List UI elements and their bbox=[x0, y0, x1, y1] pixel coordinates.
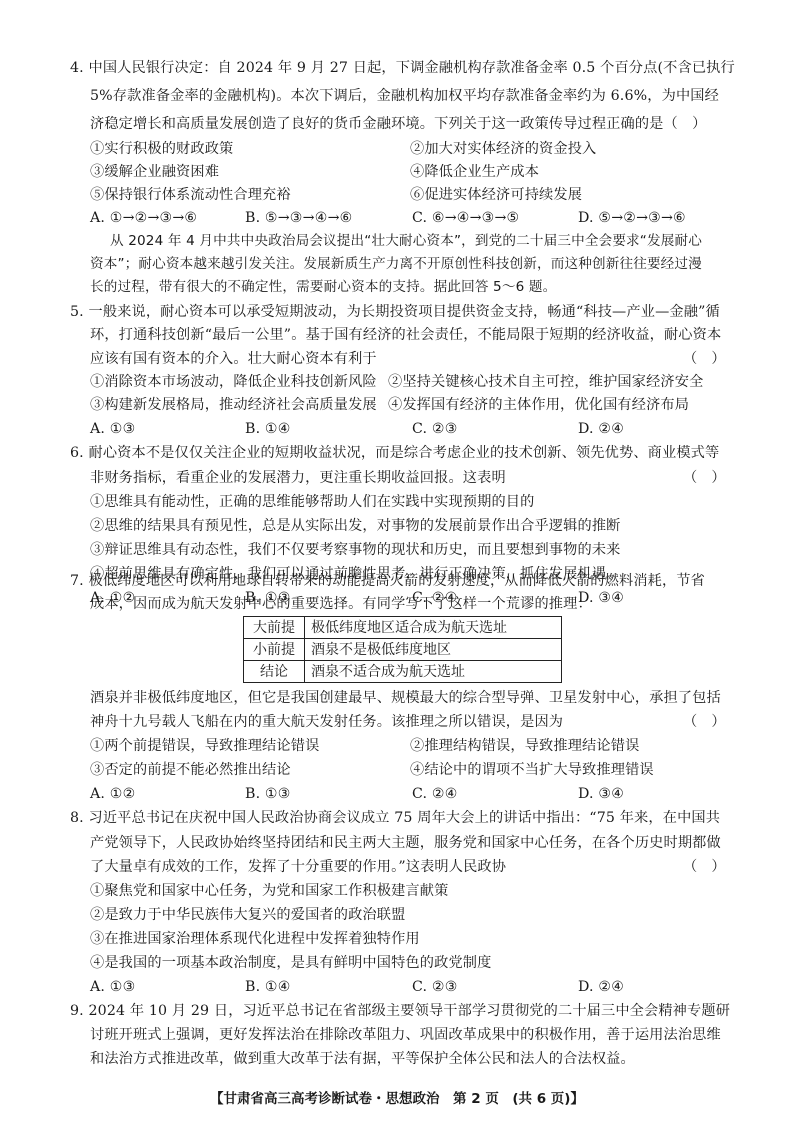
q5-item-1: ①消除资本市场波动，降低企业科技创新风险 bbox=[90, 372, 377, 392]
q5-item-3: ③构建新发展格局，推动经济社会高质量发展 bbox=[90, 395, 377, 415]
q8-item-2: ②是致力于中华民族伟大复兴的爱国者的政治联盟 bbox=[90, 905, 405, 925]
q7-item-3: ③否定的前提不能必然推出结论 bbox=[90, 760, 291, 780]
q7-option-a: A. ①② bbox=[90, 784, 135, 804]
table-row: 结论 酒泉不适合成为航天选址 bbox=[244, 661, 562, 683]
minor-premise-label: 小前提 bbox=[244, 639, 305, 661]
q9-stem-line-3: 和法治方式推进改革，做到重大改革于法有据，平等保护全体公民和法人的合法权益。 bbox=[90, 1049, 635, 1069]
q9-stem-line-1: 9. 2024 年 10 月 29 日，习近平总书记在省部级主要领导干部学习贯彻… bbox=[70, 1001, 730, 1021]
q8-answer-blank: （ ） bbox=[683, 857, 726, 877]
q5-option-a: A. ①③ bbox=[90, 419, 135, 439]
q5-answer-blank: （ ） bbox=[683, 349, 726, 369]
q4-item-1: ①实行积极的财政政策 bbox=[90, 139, 233, 159]
q8-option-b: B. ①④ bbox=[245, 977, 291, 997]
q8-stem-line-2: 产党领导下，人民政协始终坚持团结和民主两大主题，服务党和国家中心任务，在各个历史… bbox=[90, 833, 721, 853]
q7-stem-line-1: 7. 极低纬度地区可以利用地球自转带来的动能提高火箭的发射速度，从而降低火箭的燃… bbox=[70, 571, 705, 591]
q4-item-4: ④降低企业生产成本 bbox=[410, 162, 539, 182]
q7-item-4: ④结论中的谓项不当扩大导致推理错误 bbox=[410, 760, 654, 780]
q7-after-line-1: 酒泉并非极低纬度地区，但它是我国创建最早、规模最大的综合型导弹、卫星发射中心，承… bbox=[90, 688, 721, 708]
q4-stem-line-1: 4. 中国人民银行决定：自 2024 年 9 月 27 日起，下调金融机构存款准… bbox=[70, 58, 735, 78]
q7-answer-blank: （ ） bbox=[683, 712, 726, 732]
major-premise-label: 大前提 bbox=[244, 617, 305, 639]
q9-stem-line-2: 讨班开班式上强调，更好发挥法治在排除改革阻力、巩固改革成果中的积极作用，善于运用… bbox=[90, 1025, 721, 1045]
q7-stem-line-2: 成本，因而成为航天发射中心的重要选择。有同学写下了这样一个荒谬的推理： bbox=[90, 594, 592, 614]
q4-option-b: B. ⑤→③→④→⑥ bbox=[245, 208, 352, 228]
conclusion-value: 酒泉不适合成为航天选址 bbox=[305, 661, 562, 683]
q4-item-3: ③缓解企业融资困难 bbox=[90, 162, 219, 182]
q8-item-3: ③在推进国家治理体系现代化进程中发挥着独特作用 bbox=[90, 929, 420, 949]
q6-item-1: ①思维具有能动性，正确的思维能够帮助人们在实践中实现预期的目的 bbox=[90, 492, 534, 512]
q5-stem-line-3: 应该有国有资本的介入。壮大耐心资本有利于 bbox=[90, 349, 377, 369]
q7-item-1: ①两个前提错误，导致推理结论错误 bbox=[90, 736, 319, 756]
q5-option-c: C. ②③ bbox=[412, 419, 458, 439]
page-footer: 【甘肃省高三高考诊断试卷・思想政治 第 2 页 (共 6 页)】 bbox=[0, 1087, 794, 1107]
table-row: 大前提 极低纬度地区适合成为航天选址 bbox=[244, 617, 562, 639]
q8-stem-line-1: 8. 习近平总书记在庆祝中国人民政治协商会议成立 75 周年大会上的讲话中指出：… bbox=[70, 808, 720, 828]
q4-item-6: ⑥促进实体经济可持续发展 bbox=[410, 185, 582, 205]
q4-item-2: ②加大对实体经济的资金投入 bbox=[410, 139, 596, 159]
q7-option-d: D. ③④ bbox=[578, 784, 624, 804]
table-row: 小前提 酒泉不是极低纬度地区 bbox=[244, 639, 562, 661]
q5-option-b: B. ①④ bbox=[245, 419, 291, 439]
q4-stem-line-2: 5%存款准备金率的金融机构)。本次下调后，金融机构加权平均存款准备金率约为 6.… bbox=[90, 86, 719, 106]
q5-item-4: ④发挥国有经济的主体作用，优化国有经济布局 bbox=[388, 395, 689, 415]
q4-option-a: A. ①→②→③→⑥ bbox=[90, 208, 197, 228]
q7-option-c: C. ②④ bbox=[412, 784, 458, 804]
material-line-2: 资本”；耐心资本越来越引发关注。发展新质生产力离不开原创性科技创新，而这种创新往… bbox=[90, 254, 702, 274]
q8-option-d: D. ②④ bbox=[578, 977, 624, 997]
q4-option-d: D. ⑤→②→③→⑥ bbox=[578, 208, 686, 228]
q6-stem-line-1: 6. 耐心资本不是仅仅关注企业的短期收益状况，而是综合考虑企业的技术创新、领先优… bbox=[70, 443, 719, 463]
q7-option-b: B. ①③ bbox=[245, 784, 291, 804]
major-premise-value: 极低纬度地区适合成为航天选址 bbox=[305, 617, 562, 639]
q5-item-2: ②坚持关键核心技术自主可控，维护国家经济安全 bbox=[388, 372, 703, 392]
q5-option-d: D. ②④ bbox=[578, 419, 624, 439]
q5-stem-line-2: 环，打通科技创新“最后一公里”。基于国有经济的社会责任，不能局限于短期的经济收益… bbox=[90, 325, 721, 345]
q6-answer-blank: （ ） bbox=[683, 468, 726, 488]
q8-item-4: ④是我国的一项基本政治制度，是具有鲜明中国特色的政党制度 bbox=[90, 953, 491, 973]
q8-stem-line-3: 了大量卓有成效的工作，发挥了十分重要的作用。”这表明人民政协 bbox=[90, 857, 506, 877]
q6-item-3: ③辩证思维具有动态性，我们不仅要考察事物的现状和历史，而且要想到事物的未来 bbox=[90, 540, 621, 560]
q4-stem-line-3: 济稳定增长和高质量发展创造了良好的货币金融环境。下列关于这一政策传导过程正确的是… bbox=[90, 114, 707, 134]
conclusion-label: 结论 bbox=[244, 661, 305, 683]
q8-option-c: C. ②③ bbox=[412, 977, 458, 997]
q6-stem-line-2: 非财务指标，看重企业的发展潜力，更注重长期收益回报。这表明 bbox=[90, 468, 506, 488]
q5-stem-line-1: 5. 一般来说，耐心资本可以承受短期波动，为长期投资项目提供资金支持，畅通“科技… bbox=[70, 302, 720, 322]
material-line-1: 从 2024 年 4 月中共中央政治局会议提出“壮大耐心资本”，到党的二十届三中… bbox=[110, 231, 702, 251]
minor-premise-value: 酒泉不是极低纬度地区 bbox=[305, 639, 562, 661]
material-line-3: 长的过程，带有很大的不确定性，需要耐心资本的支持。据此回答 5～6 题。 bbox=[90, 277, 556, 297]
q7-after-line-2: 神舟十九号载人飞船在内的重大航天发射任务。该推理之所以错误，是因为 bbox=[90, 712, 563, 732]
q7-item-2: ②推理结构错误，导致推理结论错误 bbox=[410, 736, 639, 756]
q6-item-2: ②思维的结果具有预见性，总是从实际出发，对事物的发展前景作出合乎逻辑的推断 bbox=[90, 516, 621, 536]
syllogism-table: 大前提 极低纬度地区适合成为航天选址 小前提 酒泉不是极低纬度地区 结论 酒泉不… bbox=[243, 616, 562, 683]
q8-item-1: ①聚焦党和国家中心任务，为党和国家工作积极建言献策 bbox=[90, 881, 448, 901]
q4-item-5: ⑤保持银行体系流动性合理充裕 bbox=[90, 185, 291, 205]
q8-option-a: A. ①③ bbox=[90, 977, 135, 997]
q4-option-c: C. ⑥→④→③→⑤ bbox=[412, 208, 519, 228]
